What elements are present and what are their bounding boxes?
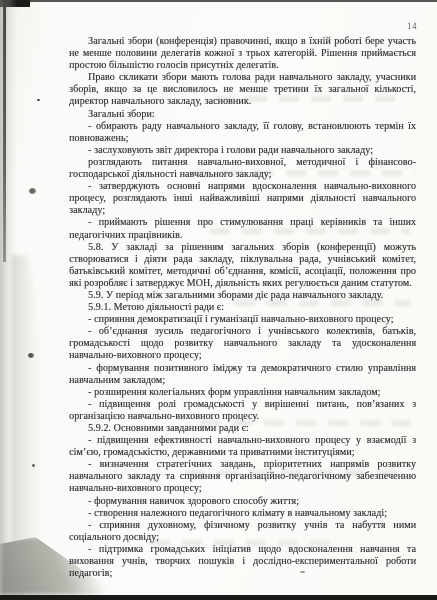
- list-item: - обирають раду навчального закладу, її …: [69, 121, 416, 145]
- scan-bottom-edge: [0, 595, 437, 600]
- page-number: 14: [407, 21, 417, 31]
- scan-speck: [37, 99, 40, 101]
- list-item: - затверджують основні напрями вдосконал…: [69, 181, 416, 217]
- scan-top-edge: [0, 0, 437, 2]
- scan-speck: [32, 464, 35, 467]
- list-item: - об’єднання зусиль педагогічного і учні…: [69, 326, 416, 362]
- paragraph: Загальні збори (конференція) правочинні,…: [69, 36, 416, 72]
- list-item: - формування позитивного іміджу та демок…: [69, 363, 416, 387]
- paragraph: 5.8. У закладі за рішенням загальних збо…: [69, 242, 416, 290]
- paragraph: Загальні збори:: [69, 109, 416, 121]
- list-item: - визначення стратегічних завдань, пріор…: [69, 459, 416, 495]
- list-item: - приймають рішення про стимулювання пра…: [69, 217, 416, 241]
- list-item: розглядають питання навчально-виховної, …: [69, 157, 416, 181]
- list-item: - сприяння духовному, фізичному розвитку…: [69, 520, 416, 544]
- list-item: - створення належного педагогічного клім…: [69, 508, 416, 520]
- scan-speck: [28, 353, 34, 358]
- paragraph: 5.9.2. Основними завданнями ради є:: [69, 423, 416, 435]
- list-item: - розширення колегіальних форм управлінн…: [69, 387, 416, 399]
- list-item: - підвищення ролі громадськості у виріше…: [69, 399, 416, 423]
- paragraph: 5.9.1. Метою діяльності ради є:: [69, 302, 416, 314]
- list-item: - підвищення ефективності навчально-вихо…: [69, 435, 416, 459]
- list-item: - сприяння демократизації і гуманізації …: [69, 314, 416, 326]
- document-text: Загальні збори (конференція) правочинні,…: [69, 36, 416, 580]
- paragraph: Право скликати збори мають голова ради н…: [69, 72, 416, 108]
- list-item: - формування навичок здорового способу ж…: [69, 496, 416, 508]
- scan-speck: [29, 188, 36, 194]
- paragraph: 5.9. У період між загальними зборами діє…: [69, 290, 416, 302]
- list-item: - заслуховують звіт директора і голови р…: [69, 145, 416, 157]
- list-item: - підтримка громадських ініціатив щодо в…: [69, 544, 416, 580]
